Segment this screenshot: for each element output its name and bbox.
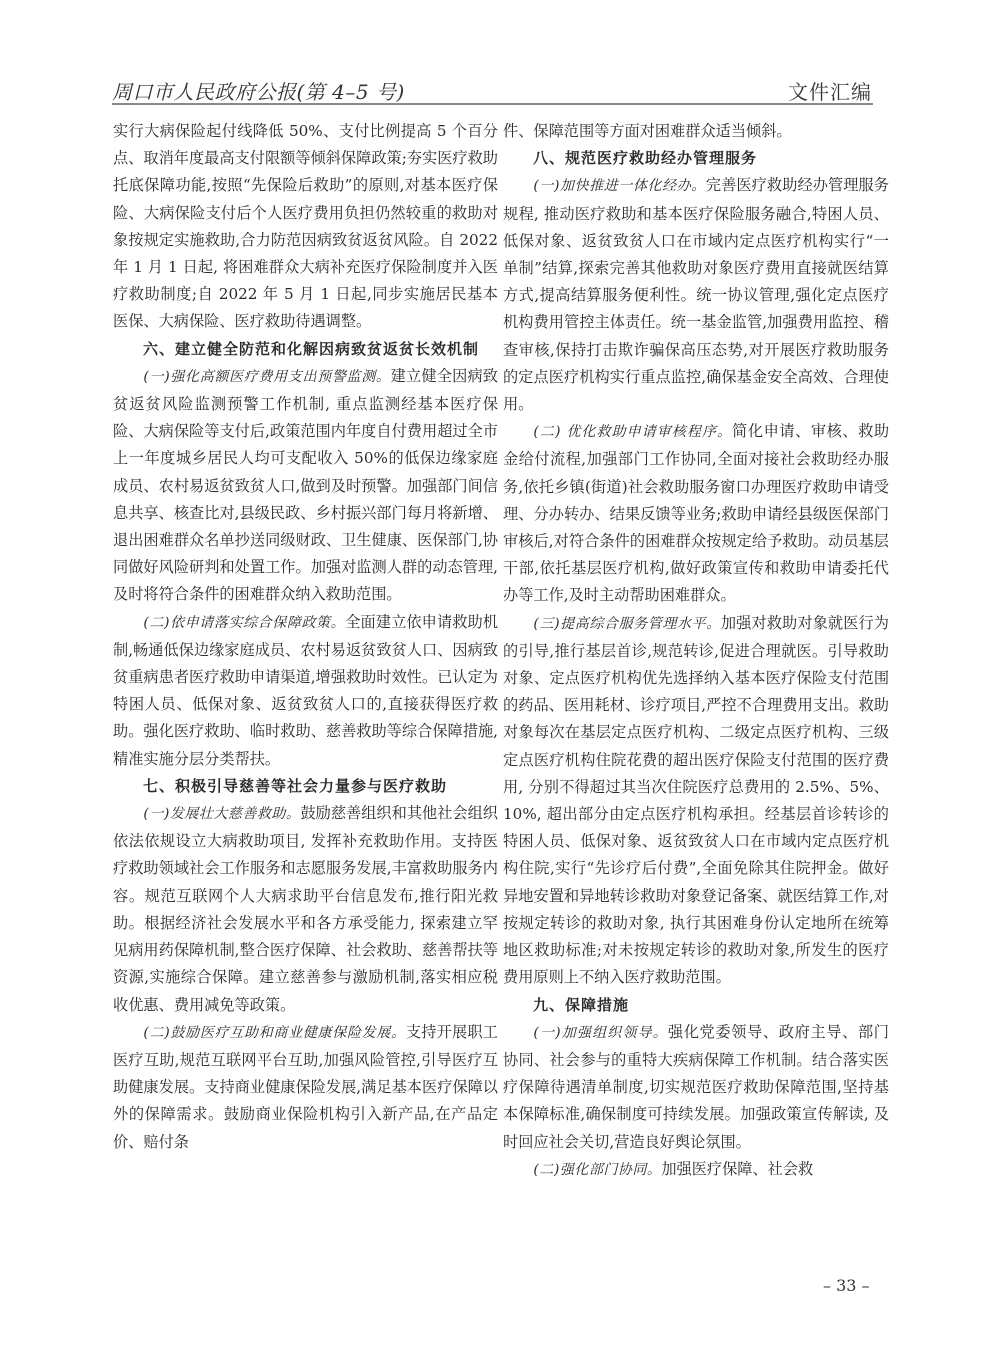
paragraph: (二)依申请落实综合保障政策。全面建立依申请救助机制,畅通低保边缘家庭成员、农村…: [113, 609, 498, 773]
paragraph: (一)强化高额医疗费用支出预警监测。建立健全因病致贫返贫风险监测预警工作机制, …: [113, 363, 498, 609]
paragraph: (三)提高综合服务管理水平。加强对救助对象就医行为的引导,推行基层首诊,规范转诊…: [503, 610, 889, 992]
paragraph: (一)加快推进一体化经办。完善医疗救助经办管理服务规程, 推动医疗救助和基本医疗…: [503, 172, 889, 418]
paragraph-body: 鼓励慈善组织和其他社会组织依法依规设立大病救助项目, 发挥补充救助作用。支持医疗…: [113, 804, 498, 1013]
paragraph: (一)加强组织领导。强化党委领导、政府主导、部门协同、社会参与的重特大疾病保障工…: [503, 1019, 889, 1156]
paragraph: 实行大病保险起付线降低 50%、支付比例提高 5 个百分点、取消年度最高支付限额…: [113, 118, 498, 336]
paragraph-body: 支持开展职工医疗互助,规范互联网平台互助,加强风险管控,引导医疗互助健康发展。支…: [113, 1023, 498, 1151]
paragraph-body: 完善医疗救助经办管理服务规程, 推动医疗救助和基本医疗保险服务融合,特困人员、低…: [503, 176, 889, 413]
section-title: 文件汇编: [788, 76, 872, 105]
paragraph: (二)强化部门协同。加强医疗保障、社会救: [503, 1156, 889, 1184]
subsection-title: (二) 优化救助申请审核程序。: [533, 424, 732, 440]
paragraph: (二) 优化救助申请审核程序。简化申请、审核、救助金给付流程,加强部门工作协同,…: [503, 418, 889, 609]
section-heading-8: 八、规范医疗救助经办管理服务: [503, 145, 889, 172]
paragraph-body: 加强医疗保障、社会救: [661, 1160, 813, 1178]
paragraph-body: 全面建立依申请救助机制,畅通低保边缘家庭成员、农村易返贫致贫人口、因病致贫重病患…: [113, 613, 498, 768]
paragraph-body: 简化申请、审核、救助金给付流程,加强部门工作协同,全面对接社会救助经办服务,依托…: [503, 422, 889, 604]
running-header: 周口市人民政府公报(第 4–5 号) 文件汇编: [112, 74, 872, 104]
subsection-title: (一)强化高额医疗费用支出预警监测。: [143, 369, 390, 385]
section-heading-7: 七、积极引导慈善等社会力量参与医疗救助: [113, 773, 498, 800]
subsection-title: (二)鼓励医疗互助和商业健康保险发展。: [143, 1025, 405, 1041]
subsection-title: (一)加快推进一体化经办。: [533, 178, 705, 194]
subsection-title: (一)发展壮大慈善救助。: [143, 806, 300, 822]
section-heading-6: 六、建立健全防范和化解因病致贫返贫长效机制: [113, 336, 498, 363]
paragraph: 件、保障范围等方面对困难群众适当倾斜。: [503, 118, 889, 145]
publication-title: 周口市人民政府公报(第 4–5 号): [112, 76, 405, 105]
left-column: 实行大病保险起付线降低 50%、支付比例提高 5 个百分点、取消年度最高支付限额…: [113, 118, 498, 1156]
subsection-title: (二)依申请落实综合保障政策。: [143, 615, 345, 631]
paragraph: (二)鼓励医疗互助和商业健康保险发展。支持开展职工医疗互助,规范互联网平台互助,…: [113, 1019, 498, 1156]
section-heading-9: 九、保障措施: [503, 992, 889, 1019]
page-number: – 33 –: [823, 1276, 870, 1295]
subsection-title: (二)强化部门协同。: [533, 1162, 661, 1178]
header-rule: [112, 103, 873, 105]
paragraph-body: 加强对救助对象就医行为的引导,推行基层首诊,规范转诊,促进合理就医。引导救助对象…: [503, 614, 889, 987]
paragraph: (一)发展壮大慈善救助。鼓励慈善组织和其他社会组织依法依规设立大病救助项目, 发…: [113, 800, 498, 1019]
right-column: 件、保障范围等方面对困难群众适当倾斜。 八、规范医疗救助经办管理服务 (一)加快…: [503, 118, 889, 1184]
paragraph-body: 强化党委领导、政府主导、部门协同、社会参与的重特大疾病保障工作机制。结合落实医疗…: [503, 1023, 889, 1151]
subsection-title: (三)提高综合服务管理水平。: [533, 616, 720, 632]
subsection-title: (一)加强组织领导。: [533, 1025, 667, 1041]
paragraph-body: 建立健全因病致贫返贫风险监测预警工作机制, 重点监测经基本医疗保险、大病保险等支…: [113, 367, 498, 604]
